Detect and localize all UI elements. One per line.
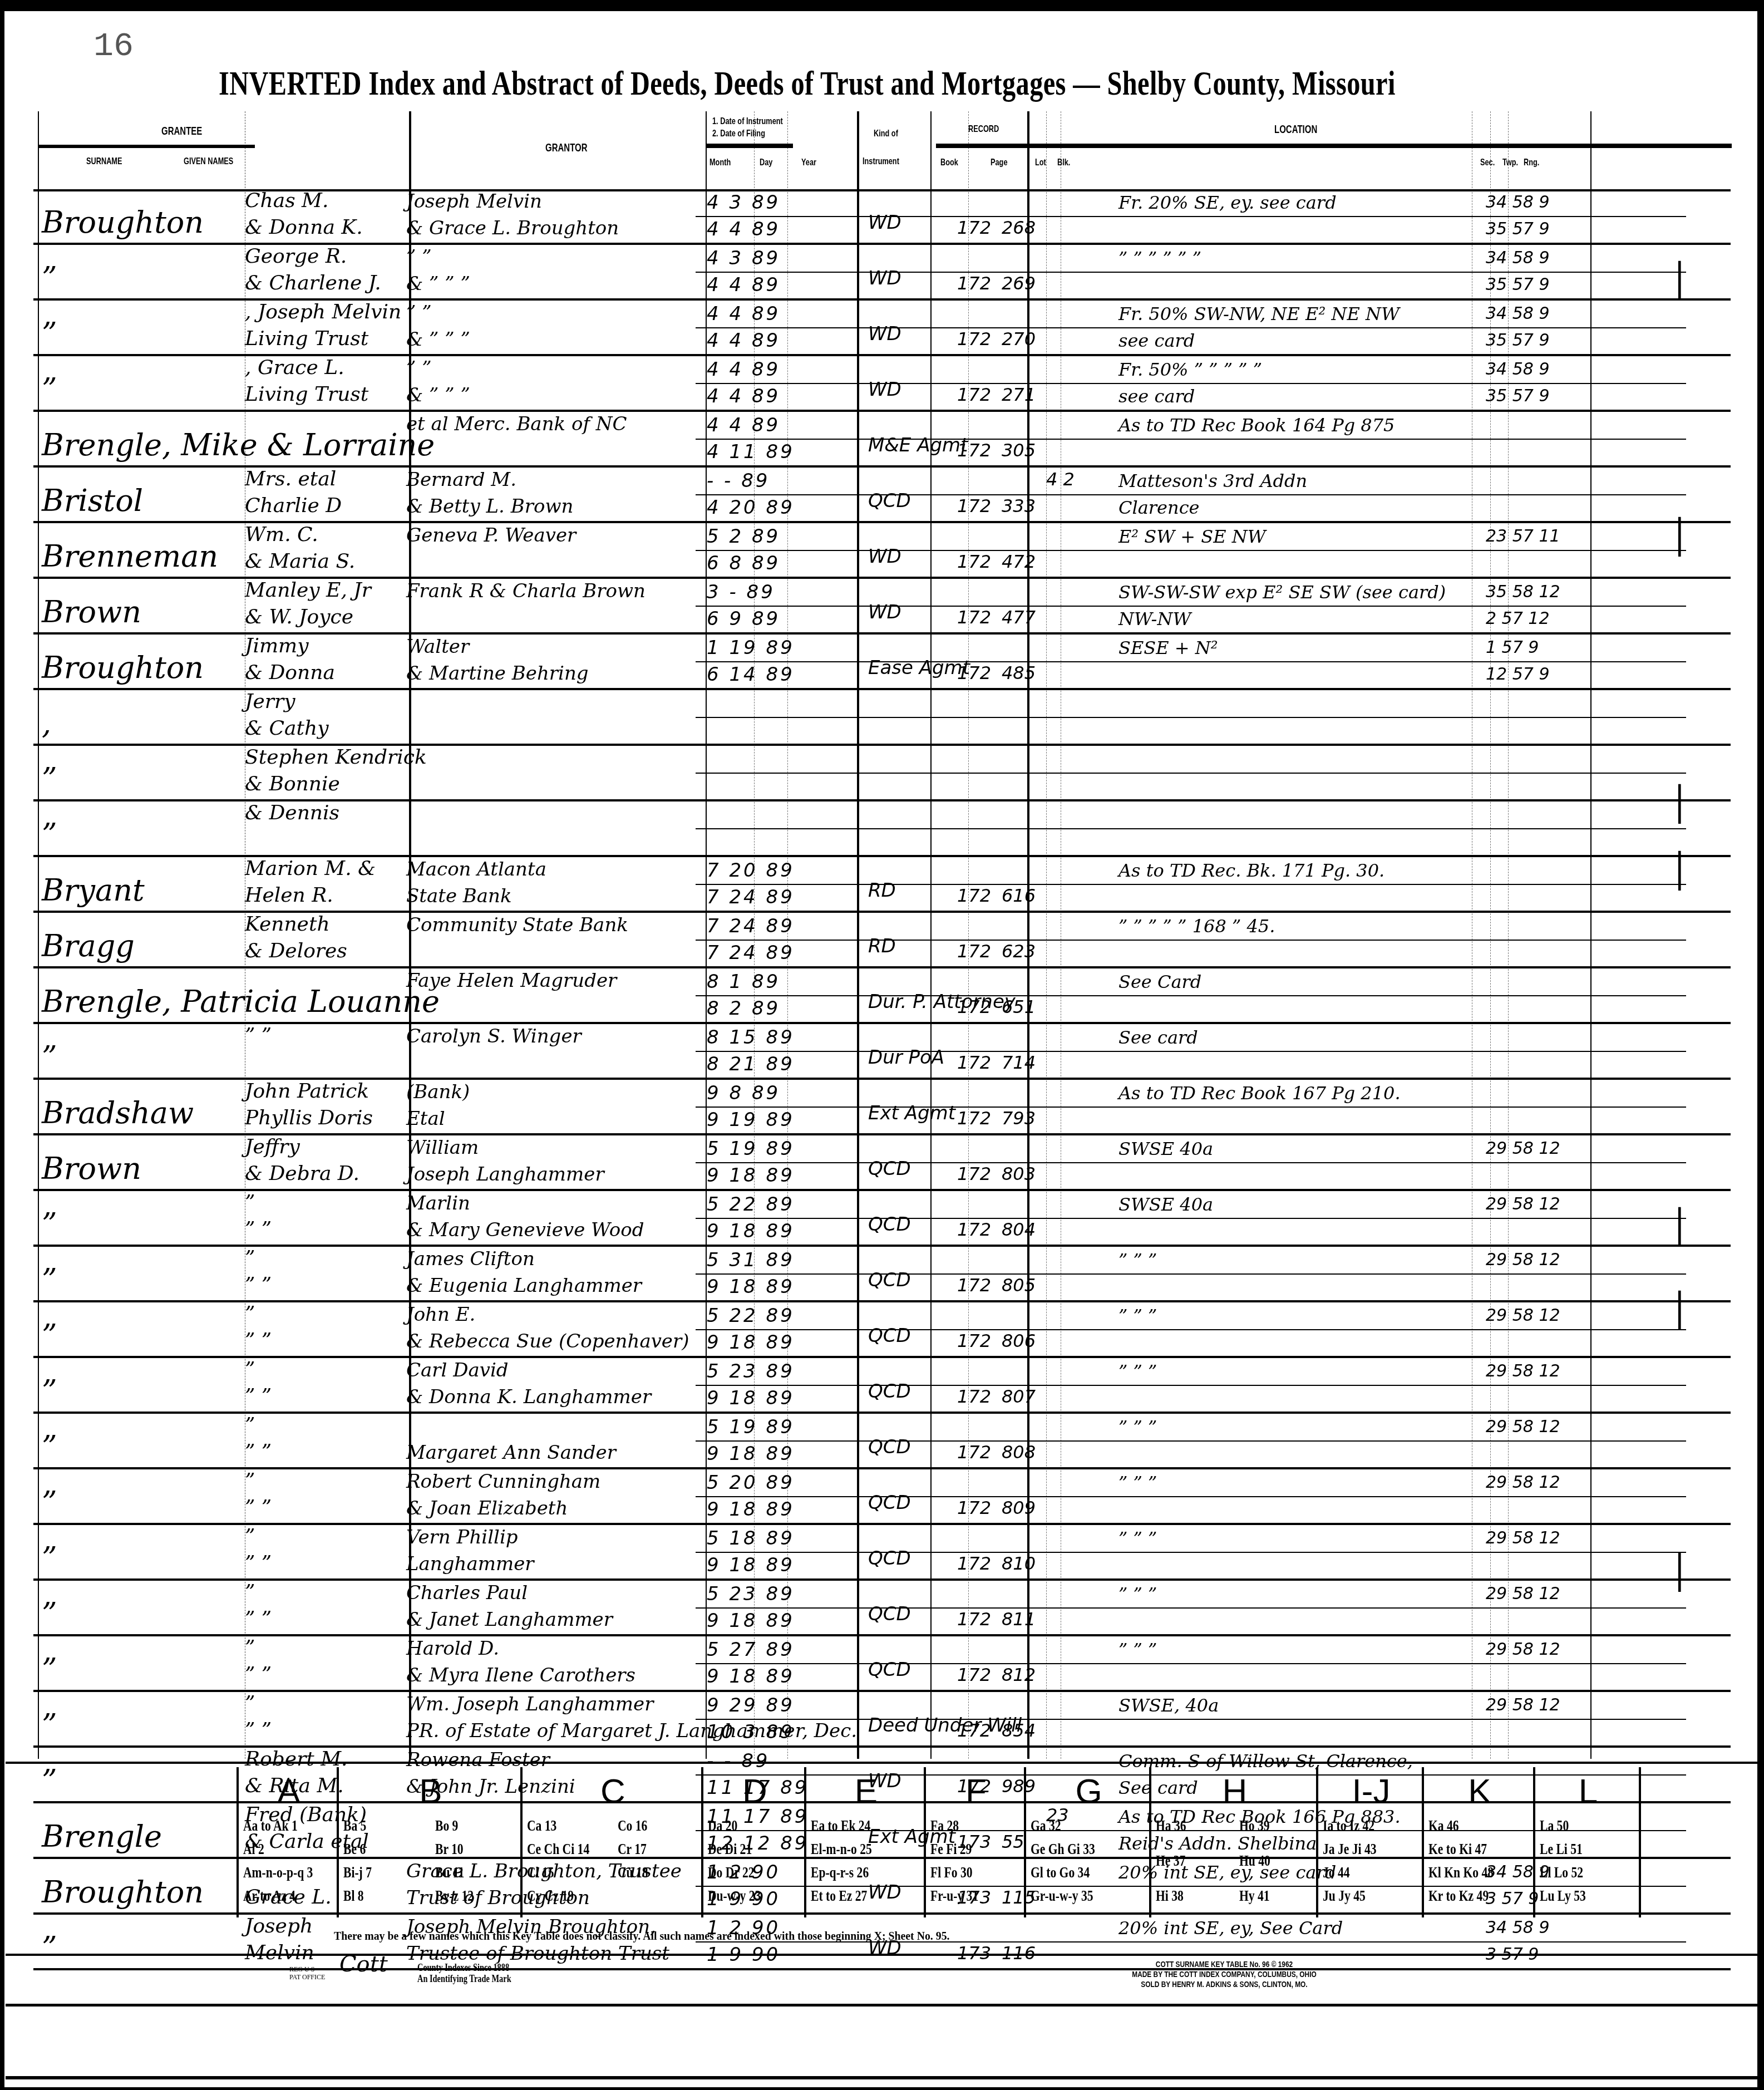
- page-number: 16: [93, 28, 134, 66]
- grantee-given-name: & Debra D.: [245, 1163, 359, 1184]
- header-sec: Sec.: [1480, 157, 1495, 168]
- grantee-surname: ”: [42, 761, 57, 796]
- margin-bracket-mark: │: [1669, 785, 1689, 824]
- date-of-instrument: 5 22 89: [707, 1193, 795, 1216]
- row-subdivider: [696, 717, 1686, 718]
- key-entry: Fl Fo 30: [930, 1864, 973, 1881]
- key-entry: Br 10: [435, 1841, 464, 1858]
- grantor-name: State Bank: [406, 885, 512, 907]
- grantee-given-name: ” ”: [245, 1025, 272, 1046]
- row-subdivider: [696, 216, 1686, 217]
- record-page: 805: [1002, 1275, 1036, 1296]
- grantee-surname: ”: [42, 1207, 57, 1242]
- grantee-given-name: , Grace L.: [245, 357, 344, 378]
- grantor-name: & Eugenia Langhammer: [406, 1275, 642, 1297]
- kind-of-instrument: QCD: [868, 1659, 911, 1681]
- record-page: 271: [1002, 384, 1036, 405]
- grantor-name: (Bank): [406, 1081, 470, 1103]
- grantor-name: ” ”: [406, 246, 432, 268]
- kind-of-instrument: Deed Under Will: [868, 1714, 1022, 1737]
- table-row: BraggKenneth& DeloresCommunity State Ban…: [33, 913, 1731, 968]
- date-of-filing: 9 19 89: [707, 1109, 795, 1131]
- kind-of-instrument: Ext Agmt: [868, 1102, 955, 1124]
- record-page: 269: [1002, 273, 1036, 294]
- grantee-surname: ”: [42, 1596, 57, 1631]
- date-of-instrument: 8 1 89: [707, 971, 780, 993]
- section-township-range: 29 58 12: [1486, 1583, 1560, 1605]
- grantor-name: Wm. Joseph Langhammer: [406, 1693, 653, 1715]
- grantee-given-name: & W. Joyce: [245, 607, 353, 628]
- key-letter: A: [239, 1772, 339, 1811]
- grantee-given-name: Joseph: [245, 1916, 313, 1937]
- key-entry: Ca 13: [527, 1817, 556, 1835]
- section-township-range: 12 57 9: [1486, 663, 1550, 686]
- date-of-filing: 8 21 89: [707, 1053, 795, 1075]
- section-township-range: 34 58 9: [1486, 1917, 1550, 1939]
- grantee-given-name: Manley E, Jr: [245, 580, 371, 601]
- grantor-name: Carolyn S. Winger: [406, 1025, 582, 1048]
- kind-of-instrument: Dur. P. Attorney: [868, 991, 1016, 1013]
- date-of-instrument: 5 22 89: [707, 1305, 795, 1327]
- kind-of-instrument: QCD: [868, 1213, 911, 1236]
- location-description: see card: [1118, 385, 1195, 407]
- grantee-given-name: Wm. C.: [245, 524, 318, 545]
- grantee-given-name: ” ”: [245, 1386, 272, 1407]
- date-of-filing: 7 24 89: [707, 942, 795, 964]
- record-page: 485: [1002, 662, 1036, 683]
- location-description: ” ” ”: [1118, 1472, 1157, 1494]
- grantee-given-name: & Donna: [245, 662, 335, 683]
- grantee-given-name: ”: [245, 1526, 255, 1547]
- key-entry: Ba 5: [343, 1817, 366, 1835]
- grantee-surname: Broughton: [42, 1875, 204, 1910]
- location-description: ” ” ”: [1118, 1305, 1157, 1327]
- date-of-instrument: 5 19 89: [707, 1138, 795, 1160]
- row-subdivider: [696, 661, 1686, 662]
- page-title: INVERTED Index and Abstract of Deeds, De…: [219, 64, 1396, 104]
- key-entry: Ll Lo 52: [1540, 1864, 1583, 1881]
- grantee-given-name: ”: [245, 1192, 255, 1213]
- date-of-instrument: 5 23 89: [707, 1360, 795, 1383]
- date-of-filing: 9 18 89: [707, 1331, 795, 1354]
- date-of-filing: 4 20 89: [707, 496, 795, 519]
- date-of-filing: 4 4 89: [707, 385, 780, 407]
- kind-of-instrument: QCD: [868, 1158, 911, 1180]
- key-letter: I-J: [1318, 1772, 1424, 1811]
- section-township-range: 34 58 9: [1486, 191, 1550, 214]
- key-entry: Ju Jy 45: [1323, 1887, 1366, 1905]
- key-entry: Cu 18: [618, 1864, 648, 1881]
- date-of-filing: 9 18 89: [707, 1554, 795, 1576]
- key-letter: F: [926, 1772, 1026, 1811]
- key-table-note: There may be a few names which this Key …: [334, 1929, 949, 1943]
- grantee-given-name: ”: [245, 1359, 255, 1380]
- date-of-filing: 9 18 89: [707, 1220, 795, 1242]
- record-page: 472: [1002, 551, 1036, 572]
- table-row: BrownJeffry& Debra D.WilliamJoseph Langh…: [33, 1135, 1731, 1191]
- publisher-info: COTT SURNAME KEY TABLE No. 96 © 1962 MAD…: [1106, 1959, 1343, 1989]
- location-description: ” ” ”: [1118, 1527, 1157, 1550]
- grantee-surname: ”: [42, 1485, 57, 1520]
- record-page: 333: [1002, 495, 1036, 517]
- location-description: Fr. 50% ” ” ” ” ”: [1118, 358, 1262, 381]
- key-entry: Cl 15: [527, 1864, 554, 1881]
- section-township-range: 34 58 9: [1486, 303, 1550, 325]
- grantee-surname: Bristol: [42, 483, 143, 518]
- location-description: see card: [1118, 330, 1195, 352]
- header-date-line2: 2. Date of Filing: [712, 128, 765, 139]
- kind-of-instrument: QCD: [868, 1547, 911, 1570]
- key-letter: L: [1535, 1772, 1641, 1811]
- key-entry: Fr-u-y 31: [930, 1887, 978, 1905]
- grantee-surname: Bragg: [42, 928, 135, 963]
- grantee-given-name: Helen R.: [245, 885, 333, 906]
- grantee-surname: Brown: [42, 1151, 141, 1186]
- record-book: 172: [957, 440, 991, 461]
- location-description: SWSE 40a: [1118, 1193, 1213, 1216]
- location-description: ” ” ”: [1118, 1639, 1157, 1661]
- grantee-given-name: & Delores: [245, 941, 347, 962]
- grantee-given-name: ”: [245, 1304, 255, 1325]
- location-description: NW-NW: [1118, 608, 1191, 630]
- grantor-name: & Grace L. Broughton: [406, 217, 619, 239]
- grantor-name: Vern Phillip: [406, 1526, 518, 1548]
- grantee-given-name: George R.: [245, 246, 347, 267]
- kind-of-instrument: RD: [868, 935, 896, 957]
- grantor-name: & ” ” ”: [406, 273, 470, 295]
- header-day: Day: [760, 157, 772, 168]
- key-letter: E: [806, 1772, 926, 1811]
- record-book: 172: [957, 551, 991, 572]
- key-entry: Ea to Ek 24: [811, 1817, 870, 1835]
- table-row: BrennemanWm. C.& Maria S.Geneva P. Weave…: [33, 523, 1731, 579]
- grantor-name: Walter: [406, 636, 469, 658]
- grantee-surname: ,: [42, 706, 51, 741]
- key-entry: Ga 32: [1031, 1817, 1061, 1835]
- record-book: 172: [957, 1442, 991, 1463]
- location-description: ” ” ”: [1118, 1416, 1157, 1438]
- key-entry: Al 2: [243, 1841, 264, 1858]
- row-subdivider: [696, 327, 1686, 328]
- key-entry: Kr to Kz 49: [1428, 1887, 1489, 1905]
- record-page: 803: [1002, 1163, 1036, 1184]
- record-book: 172: [957, 885, 991, 906]
- grantee-surname: Brengle, Patricia Louanne: [42, 984, 440, 1019]
- grantee-given-name: ” ”: [245, 1664, 272, 1685]
- grantee-given-name: ” ”: [245, 1442, 272, 1463]
- key-entry: Co 16: [618, 1817, 647, 1835]
- key-entry: Ho 39: [1239, 1817, 1270, 1835]
- margin-bracket-mark: │: [1669, 262, 1689, 301]
- header-location: LOCATION: [1274, 124, 1317, 136]
- table-row: ””” ”Carl David& Donna K. Langhammer5 23…: [33, 1358, 1731, 1414]
- key-letter: H: [1151, 1772, 1318, 1811]
- header-date-line1: 1. Date of Instrument: [712, 116, 783, 127]
- row-subdivider: [696, 1107, 1686, 1108]
- record-page: 714: [1002, 1052, 1036, 1073]
- divider: [6, 2004, 1758, 2007]
- key-entry: Aa to Ak 1: [243, 1817, 298, 1835]
- reg-label: REG U SPAT OFFICE: [289, 1965, 325, 1981]
- row-subdivider: [696, 773, 1686, 774]
- header-lot: Lot: [1035, 157, 1046, 168]
- grantee-surname: ”: [42, 1374, 57, 1409]
- location-description: SW-SW-SW exp E² SE SW (see card): [1118, 581, 1446, 603]
- grantee-given-name: & Dennis: [245, 803, 339, 824]
- grantee-surname: ”: [42, 372, 57, 407]
- date-of-instrument: 9 29 89: [707, 1694, 795, 1717]
- header-kind-line2: Instrument: [863, 156, 899, 167]
- grantor-name: Geneva P. Weaver: [406, 524, 576, 547]
- section-township-range: 29 58 12: [1486, 1472, 1560, 1494]
- table-row: ”, Grace L.Living Trust” ”& ” ” ”4 4 894…: [33, 356, 1731, 412]
- section-township-range: 35 58 12: [1486, 581, 1560, 603]
- table-row: ””” ”Margaret Ann Sander5 19 899 18 89QC…: [33, 1414, 1731, 1469]
- date-of-instrument: 5 19 89: [707, 1416, 795, 1438]
- location-description: SESE + N²: [1118, 637, 1218, 659]
- record-page: 268: [1002, 217, 1036, 238]
- grantee-given-name: ”: [245, 1248, 255, 1269]
- kind-of-instrument: WD: [868, 378, 901, 401]
- key-entry: Ep-q-r-s 26: [811, 1864, 869, 1881]
- record-book: 172: [957, 1497, 991, 1518]
- key-entry: Gr-u-w-y 35: [1031, 1887, 1093, 1905]
- key-entry: Lu Ly 53: [1540, 1887, 1586, 1905]
- date-of-instrument: 5 20 89: [707, 1472, 795, 1494]
- table-row: BrownManley E, Jr& W. JoyceFrank R & Cha…: [33, 579, 1731, 635]
- record-page: 270: [1002, 328, 1036, 350]
- row-subdivider: [696, 1051, 1686, 1052]
- grantor-name: Bernard M.: [406, 469, 516, 491]
- divider: [6, 1954, 1758, 1956]
- divider: [6, 2076, 1758, 2079]
- row-subdivider: [696, 1607, 1686, 1609]
- record-page: 808: [1002, 1442, 1036, 1463]
- grantee-given-name: Kenneth: [245, 914, 330, 935]
- key-entry: Le Li 51: [1540, 1841, 1583, 1858]
- table-row: ”” ”Carolyn S. Winger8 15 898 21 89Dur P…: [33, 1024, 1731, 1080]
- date-of-instrument: 5 2 89: [707, 525, 780, 548]
- header-grantor: GRANTOR: [545, 142, 588, 155]
- grantee-given-name: ” ”: [245, 1275, 272, 1296]
- date-of-filing: 6 8 89: [707, 552, 780, 574]
- grantee-given-name: Chas M.: [245, 190, 328, 212]
- key-column-f: FFa 28Fe Fi 29Fl Fo 30Fr-u-y 31: [924, 1767, 1026, 1917]
- header-record: RECORD: [968, 124, 999, 135]
- grantee-given-name: ”: [245, 1637, 255, 1659]
- row-subdivider: [696, 550, 1686, 551]
- header-blk: Blk.: [1057, 157, 1070, 168]
- grantee-surname: Brenneman: [42, 539, 218, 574]
- grantee-surname: ”: [42, 1429, 57, 1464]
- grantor-name: & Donna K. Langhammer: [406, 1386, 651, 1408]
- grantee-given-name: & Cathy: [245, 718, 329, 739]
- grantee-surname: Bryant: [42, 873, 145, 908]
- row-subdivider: [696, 1385, 1686, 1386]
- key-entry: By-z 12: [435, 1887, 474, 1905]
- key-entry: Do Dr 22: [708, 1864, 755, 1881]
- date-of-instrument: 7 20 89: [707, 859, 795, 882]
- grantor-name: Robert Cunningham: [406, 1471, 600, 1493]
- key-entry: Jo 44: [1323, 1864, 1350, 1881]
- grantee-surname: ”: [42, 1930, 57, 1965]
- header-page: Page: [991, 157, 1007, 168]
- grantee-given-name: ” ”: [245, 1330, 272, 1351]
- section-township-range: 29 58 12: [1486, 1249, 1560, 1271]
- table-row: ,Jerry& Cathy: [33, 690, 1731, 746]
- key-entry: Ka 46: [1428, 1817, 1459, 1835]
- seller-line: SOLD BY HENRY M. ADKINS & SONS, CLINTON,…: [1106, 1979, 1343, 1989]
- key-entry: Ke to Ki 47: [1428, 1841, 1487, 1858]
- key-entry: De Di 21: [708, 1841, 752, 1858]
- grantee-surname: ”: [42, 1262, 57, 1297]
- record-book: 173: [957, 1943, 991, 1964]
- kind-of-instrument: WD: [868, 212, 901, 234]
- grantee-given-name: & Charlene J.: [245, 273, 381, 294]
- date-of-filing: 9 18 89: [707, 1387, 795, 1409]
- ledger-table: GRANTEE SURNAME GIVEN NAMES GRANTOR 1. D…: [33, 111, 1731, 191]
- grantee-given-name: ”: [245, 1415, 255, 1436]
- grantor-name: & Mary Genevieve Wood: [406, 1219, 644, 1241]
- table-row: BristolMrs. etalCharlie DBernard M.& Bet…: [33, 468, 1731, 523]
- record-page: 116: [1002, 1943, 1036, 1964]
- date-of-instrument: 9 8 89: [707, 1082, 780, 1104]
- row-subdivider: [696, 1552, 1686, 1553]
- key-entry: Cy Cz 19: [527, 1887, 574, 1905]
- kind-of-instrument: QCD: [868, 1492, 911, 1514]
- record-page: 854: [1002, 1720, 1036, 1741]
- record-page: 810: [1002, 1553, 1036, 1574]
- record-page: 793: [1002, 1108, 1036, 1129]
- key-entry: Bu 11: [435, 1864, 464, 1881]
- key-entry: La 50: [1540, 1817, 1569, 1835]
- grantor-name: Langhammer: [406, 1553, 534, 1575]
- key-column-a: AAa to Ak 1Al 2Am-n-o-p-q 3Ar to Az 4: [236, 1767, 339, 1917]
- table-row: ””” ”Wm. Joseph LanghammerPR. of Estate …: [33, 1692, 1731, 1748]
- location-description: SWSE 40a: [1118, 1138, 1213, 1160]
- section-township-range: 23 57 11: [1486, 525, 1560, 548]
- key-entry: Ge Gh Gi 33: [1031, 1841, 1095, 1858]
- margin-bracket-mark: │: [1669, 1208, 1689, 1247]
- kind-of-instrument: M&E Agmt: [868, 434, 968, 456]
- location-description: 20% int SE, ey, See Card: [1118, 1917, 1343, 1939]
- section-township-range: 29 58 12: [1486, 1305, 1560, 1327]
- cott-signature: Cott: [339, 1959, 388, 1970]
- table-row: ”, Joseph MelvinLiving Trust” ”& ” ” ”4 …: [33, 301, 1731, 356]
- key-letter: D: [703, 1772, 806, 1811]
- section-township-range: 35 57 9: [1486, 330, 1550, 352]
- record-book: 172: [957, 607, 991, 628]
- date-of-instrument: 4 4 89: [707, 303, 780, 325]
- record-book: 172: [957, 1108, 991, 1129]
- grantee-surname: ”: [42, 260, 57, 296]
- row-subdivider: [696, 606, 1686, 607]
- grantor-name: Marlin: [406, 1192, 470, 1214]
- kind-of-instrument: QCD: [868, 1269, 911, 1291]
- section-township-range: 29 58 12: [1486, 1416, 1560, 1438]
- record-page: 811: [1002, 1609, 1036, 1630]
- location-description: As to TD Rec Book 167 Pg 210.: [1118, 1082, 1401, 1104]
- surname-key-table: AAa to Ak 1Al 2Am-n-o-p-q 3Ar to Az 4BBa…: [236, 1767, 1683, 1917]
- grantee-given-name: Jimmy: [245, 636, 309, 657]
- grantor-name: ” ”: [406, 302, 432, 324]
- date-of-instrument: 8 15 89: [707, 1026, 795, 1049]
- header-given-names: GIVEN NAMES: [184, 156, 233, 167]
- trademark-text: County Indexes Since 1888An Identifying …: [417, 1962, 511, 1984]
- grantee-surname: ”: [42, 1652, 57, 1687]
- location-description: As to TD Rec. Bk. 171 Pg. 30.: [1118, 859, 1384, 882]
- grantor-name: & ” ” ”: [406, 328, 470, 351]
- section-township-range: 29 58 12: [1486, 1138, 1560, 1160]
- section-township-range: 2 57 12: [1486, 608, 1550, 630]
- header-kind-line1: Kind of: [874, 128, 898, 139]
- grantee-given-name: Melvin: [245, 1943, 314, 1964]
- table-row: ””” ”Marlin& Mary Genevieve Wood5 22 899…: [33, 1191, 1731, 1247]
- grantee-surname: Brown: [42, 594, 141, 630]
- key-entry: Ja Je Ji 43: [1323, 1841, 1377, 1858]
- grantor-name: Charles Paul: [406, 1582, 528, 1604]
- key-entry: Hu 40: [1239, 1852, 1270, 1870]
- divider: [6, 1762, 1758, 1764]
- location-description: E² SW + SE NW: [1118, 525, 1266, 548]
- section-township-range: 1 57 9: [1486, 637, 1539, 659]
- record-book: 172: [957, 273, 991, 294]
- grantor-name: Etal: [406, 1108, 445, 1130]
- key-column-h: HHa 36He 37Hi 38Ho 39Hu 40Hy 41: [1149, 1767, 1318, 1917]
- header-book: Book: [940, 157, 958, 168]
- date-of-filing: 4 11 89: [707, 441, 795, 463]
- location-description: Fr. 20% SE, ey. see card: [1118, 191, 1337, 214]
- grantee-given-name: & Maria S.: [245, 551, 355, 572]
- location-description: See Card: [1118, 971, 1201, 993]
- key-table-copyright: COTT SURNAME KEY TABLE No. 96 © 1962: [1106, 1959, 1343, 1969]
- entry-list: BroughtonChas M.& Donna K.Joseph Melvin&…: [33, 189, 1731, 1970]
- table-row: ””” ”John E.& Rebecca Sue (Copenhaver)5 …: [33, 1302, 1731, 1358]
- record-book: 172: [957, 495, 991, 517]
- row-subdivider: [696, 383, 1686, 384]
- grantee-given-name: ” ”: [245, 1497, 272, 1518]
- key-entry: Hi 38: [1156, 1887, 1184, 1905]
- grantee-given-name: Charlie D: [245, 495, 342, 517]
- record-book: 172: [957, 328, 991, 350]
- key-entry: Gl to Go 34: [1031, 1864, 1090, 1881]
- row-subdivider: [696, 884, 1686, 885]
- record-book: 172: [957, 1609, 991, 1630]
- date-of-instrument: 5 31 89: [707, 1249, 795, 1271]
- kind-of-instrument: QCD: [868, 1380, 911, 1403]
- record-book: 172: [957, 941, 991, 962]
- key-entry: Hy 41: [1239, 1887, 1270, 1905]
- grantee-surname: Broughton: [42, 650, 204, 685]
- section-township-range: 29 58 12: [1486, 1527, 1560, 1550]
- date-of-filing: 4 4 89: [707, 274, 780, 296]
- date-of-instrument: 4 4 89: [707, 414, 780, 436]
- grantee-given-name: & Bonnie: [245, 774, 340, 795]
- key-entry: Kl Kn Ko 48: [1428, 1864, 1494, 1881]
- record-book: 172: [957, 1553, 991, 1574]
- key-column-e: EEa to Ek 24El-m-n-o 25Ep-q-r-s 26Et to …: [804, 1767, 926, 1917]
- grantee-given-name: Living Trust: [245, 328, 368, 350]
- grantor-name: & Betty L. Brown: [406, 495, 573, 518]
- key-entry: Bo 9: [435, 1817, 458, 1835]
- margin-bracket-mark: │: [1669, 518, 1689, 557]
- date-of-filing: 9 18 89: [707, 1164, 795, 1187]
- row-subdivider: [696, 940, 1686, 941]
- record-book: 172: [957, 996, 991, 1017]
- record-page: 305: [1002, 440, 1036, 461]
- location-description: ” ” ”: [1118, 1249, 1157, 1271]
- margin-bracket-mark: │: [1669, 852, 1689, 891]
